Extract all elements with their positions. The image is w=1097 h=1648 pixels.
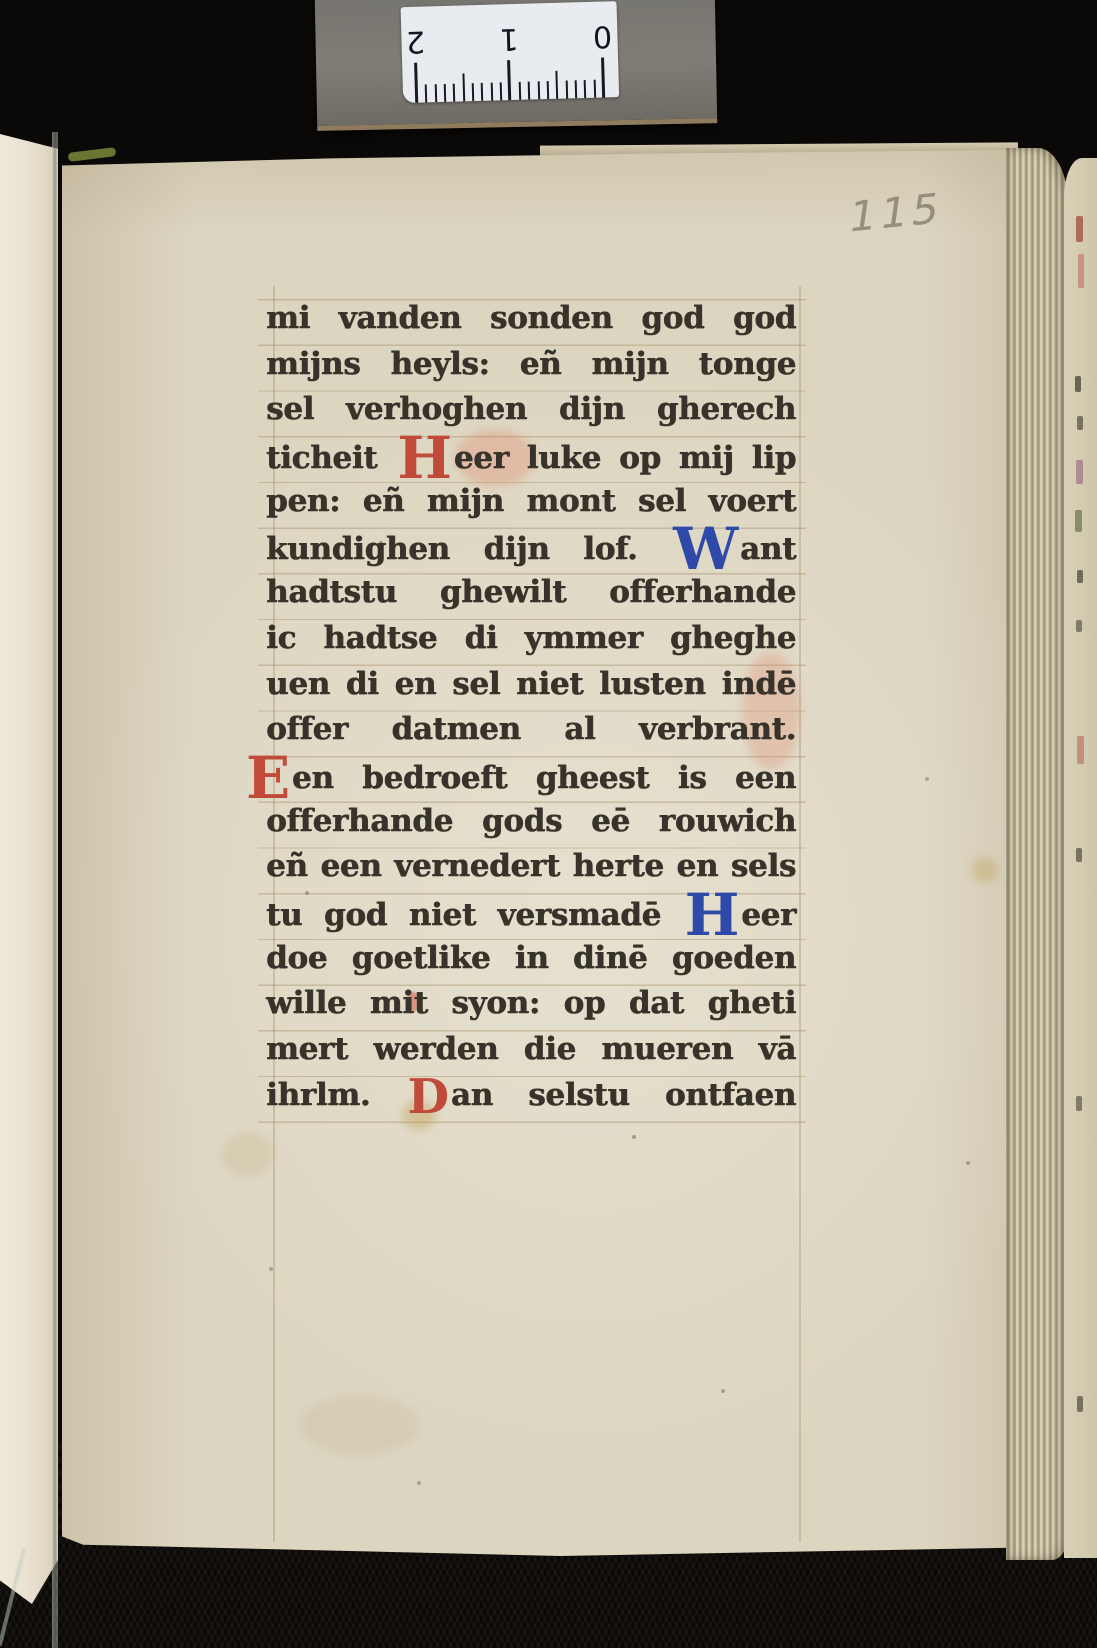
ruler-tick — [444, 84, 447, 102]
ruler-tick — [491, 83, 494, 101]
fore-edge-mark — [1076, 848, 1082, 862]
line-text: ticheit — [266, 440, 377, 476]
glass-plate-edge — [52, 132, 58, 1648]
ruler-tick — [462, 73, 465, 101]
line-text: an selstu ontfaen — [451, 1077, 796, 1113]
manuscript-line: uen di en sel niet lusten indē — [266, 662, 796, 708]
vellum-stain — [222, 1132, 274, 1176]
manuscript-line: ic hadtse di ymmer gheghe — [266, 616, 796, 662]
line-text: mijns heyls: eñ mijn tonge — [266, 346, 796, 382]
line-text: offer datmen al verbrant. — [266, 711, 796, 747]
ruler-tick — [425, 84, 428, 102]
line-text: eñ een vernedert herte en sels — [266, 848, 796, 884]
ruler-number: 1 — [495, 21, 522, 57]
line-text: uen di en sel niet lusten indē — [266, 666, 796, 702]
illuminated-initial: W — [673, 534, 738, 564]
photograph-stage: 012 115 mi vanden sonden god godmijns he… — [0, 0, 1097, 1648]
ruler-tick — [601, 57, 605, 97]
line-text: wille mit syon: op dat gheti — [266, 985, 796, 1021]
fore-edge-mark — [1075, 376, 1081, 392]
fore-edge-mark — [1076, 620, 1082, 632]
ruler-tick — [565, 81, 568, 99]
ruler-tick — [472, 83, 475, 101]
ruler-scale-label: 012 — [401, 1, 620, 103]
manuscript-line: mert werden die mueren vā — [266, 1027, 796, 1073]
line-text: en bedroeft gheest is een — [292, 760, 796, 796]
manuscript-line: kundighen dijn lof. Want — [266, 524, 796, 570]
ruler-tick — [519, 82, 522, 100]
ruler-number: 0 — [589, 18, 616, 54]
ruler-tick — [508, 60, 512, 100]
ruler-block: 012 — [315, 0, 718, 131]
ruler-tick — [453, 84, 456, 102]
line-text: pen: eñ mijn mont sel voert — [266, 483, 796, 519]
vellum-stain — [300, 1395, 420, 1455]
line-text: kundighen dijn lof. — [266, 531, 637, 567]
illuminated-initial: D — [408, 1082, 449, 1112]
ruler-tick — [593, 80, 596, 98]
line-text: ihrlm. — [266, 1077, 370, 1113]
ruler-tick — [434, 84, 437, 102]
manuscript-line: offerhande gods eē rouwich — [266, 799, 796, 845]
ruler-tick — [584, 80, 587, 98]
illuminated-initial: H — [685, 900, 740, 930]
line-text: mi vanden sonden god god — [266, 300, 796, 336]
line-text: eer — [741, 897, 796, 933]
fore-edge-page-stack — [1006, 148, 1068, 1560]
vellum-stain — [972, 858, 998, 882]
text-block: mi vanden sonden god godmijns heyls: eñ … — [266, 296, 796, 1118]
ruler-tick — [481, 83, 484, 101]
fore-edge-mark — [1076, 1096, 1082, 1111]
manuscript-line: wille mit syon: op dat gheti — [266, 981, 796, 1027]
ruler-tick — [500, 82, 503, 100]
manuscript-line: mijns heyls: eñ mijn tonge — [266, 342, 796, 388]
ruler-tick — [414, 63, 418, 103]
ruler-tick — [575, 80, 578, 98]
ruler-scale: 012 — [401, 1, 620, 103]
manuscript-line: sel verhoghen dijn gherech — [266, 387, 796, 433]
manuscript-line: Een bedroeft gheest is een — [266, 753, 796, 799]
line-text: sel verhoghen dijn gherech — [266, 391, 796, 427]
fore-edge-mark — [1077, 1396, 1083, 1412]
facing-page-edge — [0, 134, 58, 1604]
manuscript-line: ihrlm. Dan selstu ontfaen — [266, 1073, 796, 1119]
fore-edge-mark — [1075, 510, 1082, 532]
line-text: eer luke op mij lip — [454, 440, 796, 476]
fore-edge-mark — [1076, 216, 1083, 242]
vellum-specks — [62, 150, 64, 152]
line-text: ant — [740, 531, 796, 567]
illuminated-initial: E — [246, 763, 290, 793]
illuminated-initial: H — [397, 443, 452, 473]
fore-edge-mark — [1076, 460, 1083, 484]
line-text: ic hadtse di ymmer gheghe — [266, 620, 796, 656]
ruler-tick — [556, 71, 559, 99]
line-text: tu god niet versmadē — [266, 897, 661, 933]
manuscript-line: tu god niet versmadē Heer — [266, 890, 796, 936]
ruler-tick — [547, 81, 550, 99]
ruler-tick — [528, 82, 531, 100]
fore-edge-mark — [1077, 736, 1084, 764]
fore-edge-mark — [1077, 570, 1083, 583]
fore-edge-outer-leaf — [1064, 158, 1097, 1558]
gutter-fiber — [68, 147, 117, 162]
ruling-vertical-line-right — [799, 286, 801, 1542]
manuscript-line: mi vanden sonden god god — [266, 296, 796, 342]
manuscript-line: ticheit Heer luke op mij lip — [266, 433, 796, 479]
manuscript-line: offer datmen al verbrant. — [266, 707, 796, 753]
fore-edge-mark — [1077, 416, 1083, 430]
line-text: mert werden die mueren vā — [266, 1031, 796, 1067]
line-text: offerhande gods eē rouwich — [266, 803, 796, 839]
ruler-number: 2 — [402, 23, 429, 59]
fore-edge-mark — [1078, 254, 1084, 288]
ruler-tick — [537, 81, 540, 99]
